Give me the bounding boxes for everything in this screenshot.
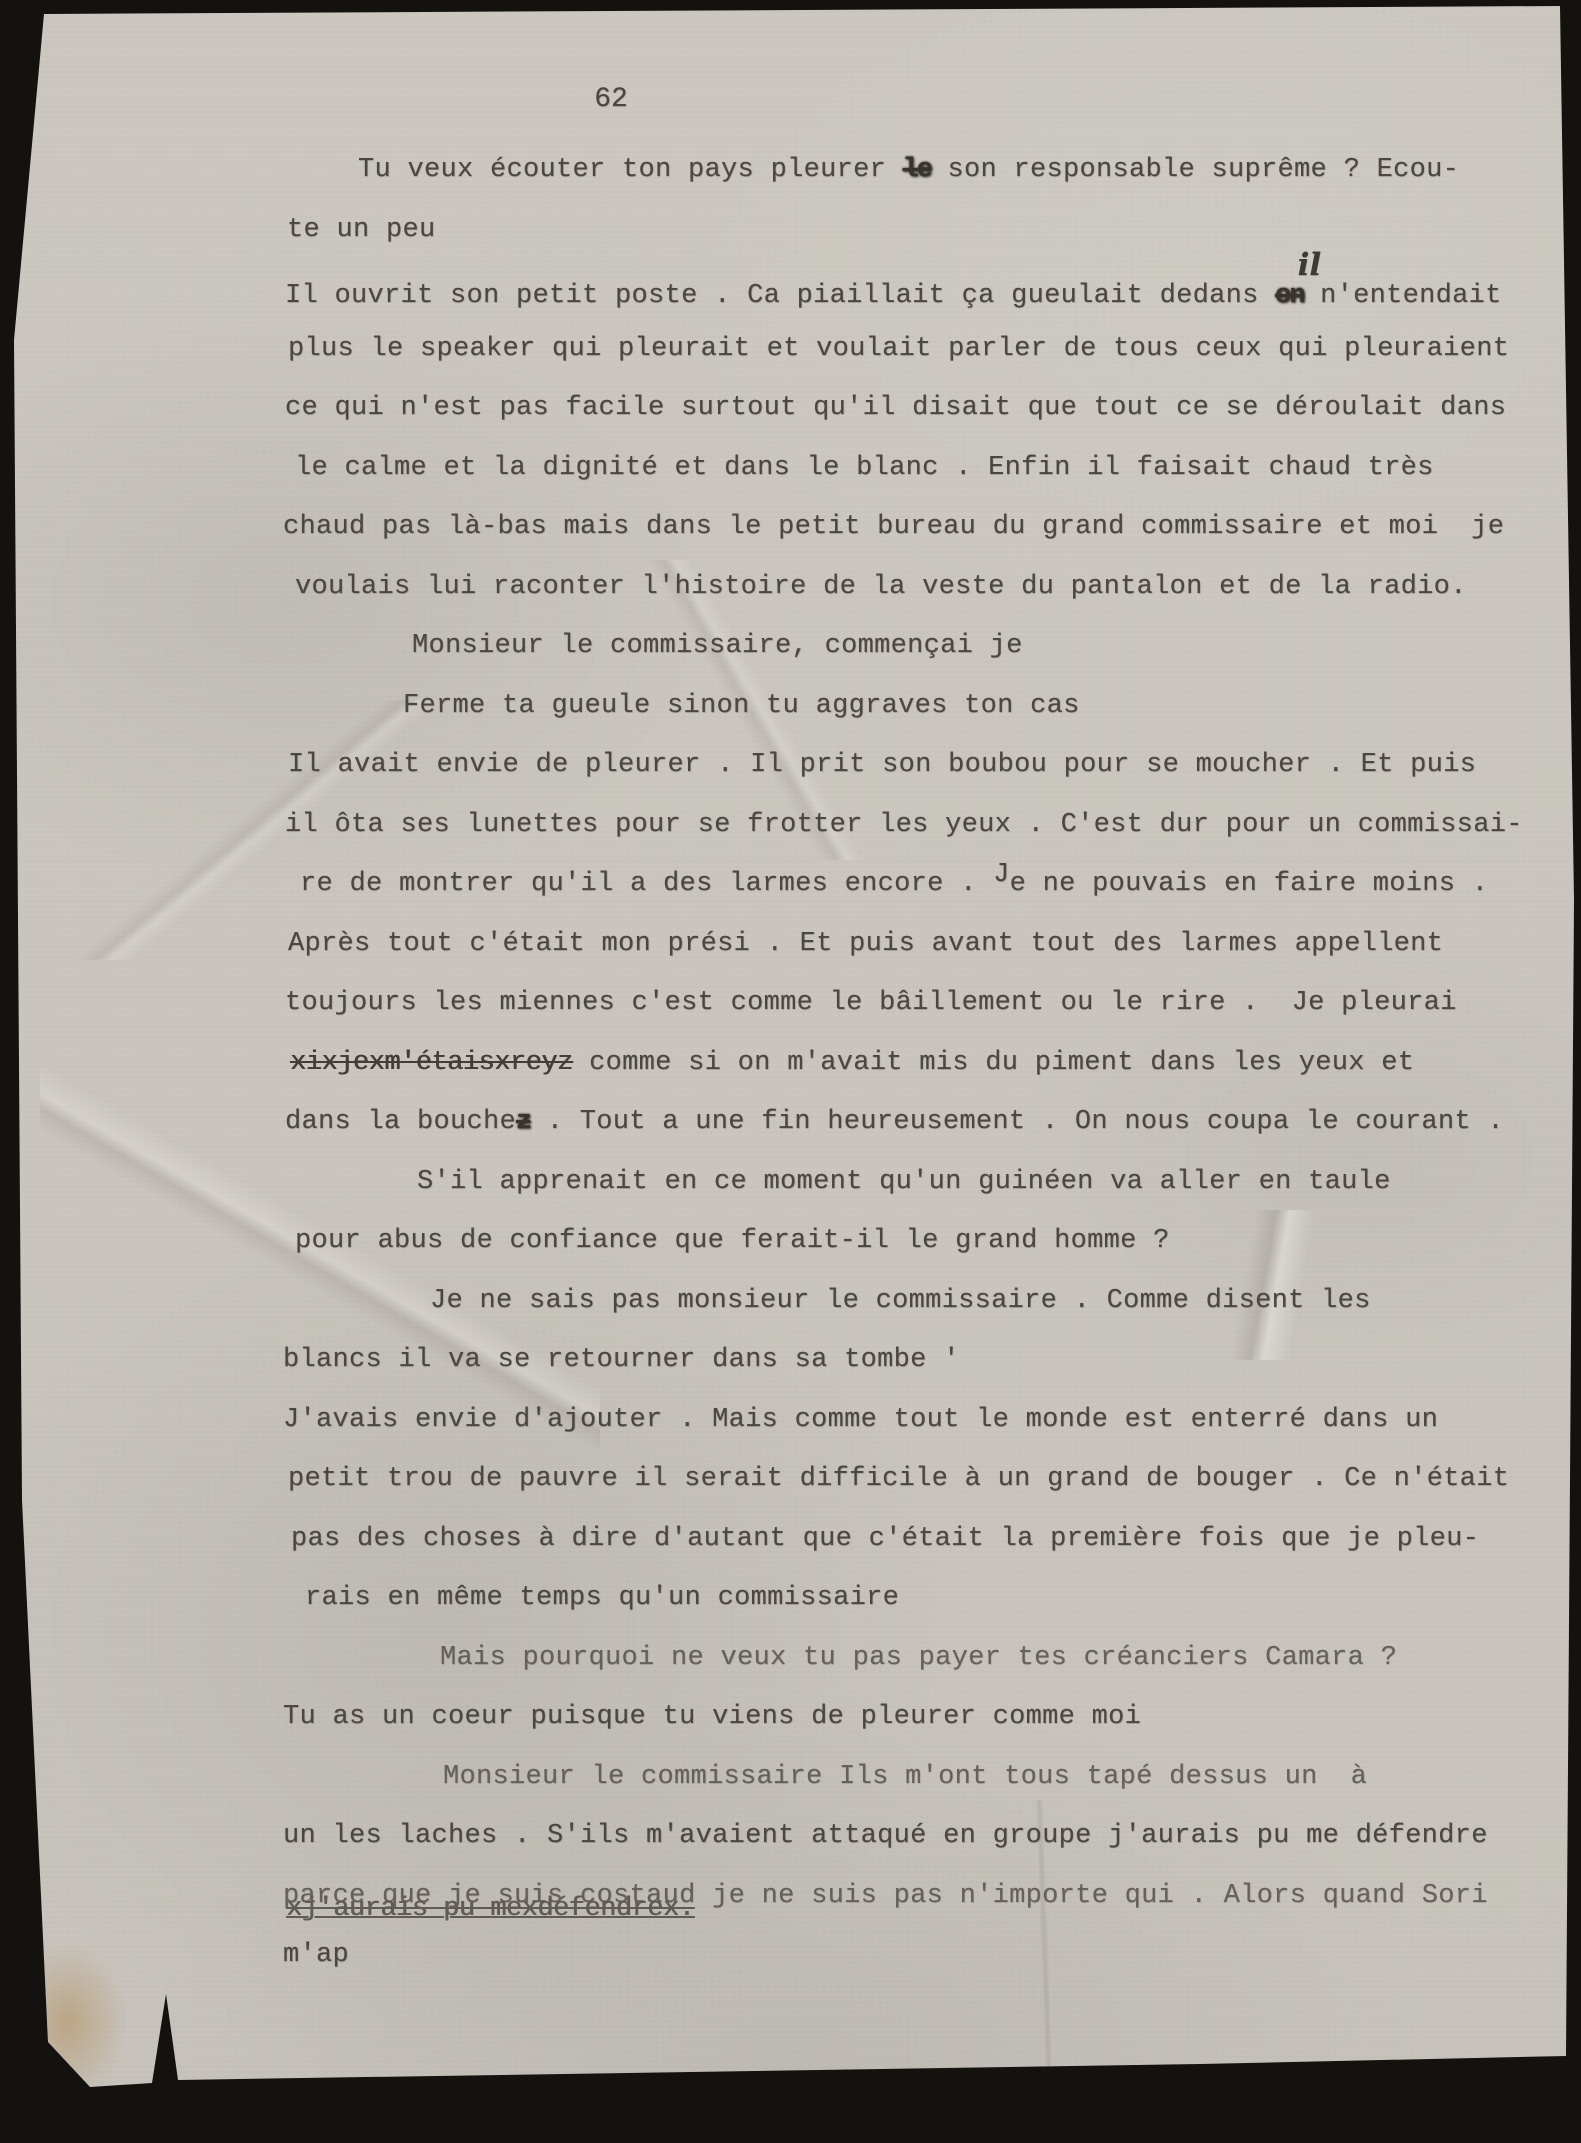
typed-line: Monsieur le commissaire, commençai je: [0, 631, 1581, 667]
typed-line: blancs il va se retourner dans sa tombe …: [0, 1345, 1581, 1381]
typed-text: rais en même temps qu'un commissaire: [305, 1583, 899, 1613]
typed-text: pour abus de confiance que ferait-il le …: [295, 1226, 1170, 1256]
struck-out-text: parce que je suis costaudxj'aurais pu me…: [283, 1881, 696, 1911]
typed-text: J'avais envie d'ajouter . Mais comme tou…: [283, 1405, 1438, 1435]
text-layer: Tu veux écouter ton pays pleurer le son …: [0, 0, 1581, 2143]
typed-text: voulais lui raconter l'histoire de la ve…: [295, 572, 1467, 602]
typed-text: Monsieur le commissaire, commençai je: [412, 631, 1023, 661]
typed-text: Je ne sais pas monsieur le commissaire .…: [430, 1286, 1371, 1316]
typed-text: te un peu: [287, 215, 436, 245]
typed-text: un les laches . S'ils m'avaient attaqué …: [283, 1821, 1488, 1851]
typed-line: toujours les miennes c'est comme le bâil…: [0, 988, 1581, 1024]
typed-text: dans la bouche: [285, 1107, 516, 1137]
typed-text: Il ouvrit son petit poste . Ca piaillait…: [285, 281, 1275, 311]
typed-line: Après tout c'était mon prési . Et puis a…: [0, 929, 1581, 965]
typed-text: il ôta ses lunettes pour se frotter les …: [285, 810, 1523, 840]
typed-text: petit trou de pauvre il serait difficile…: [288, 1464, 1509, 1494]
typed-line: Tu veux écouter ton pays pleurer le son …: [0, 155, 1581, 191]
typed-text: J: [993, 860, 1010, 890]
typed-line: S'il apprenait en ce moment qu'un guinée…: [0, 1167, 1581, 1203]
typed-line: petit trou de pauvre il serait difficile…: [0, 1464, 1581, 1500]
typed-text: Tu veux écouter ton pays pleurer: [358, 155, 903, 185]
typed-line: Il ouvrit son petit poste . Ca piaillait…: [0, 274, 1581, 310]
typed-line: te un peu: [0, 215, 1581, 251]
typed-text: toujours les miennes c'est comme le bâil…: [285, 988, 1457, 1018]
typed-text: Tu as un coeur puisque tu viens de pleur…: [283, 1702, 1141, 1732]
typed-line: re de montrer qu'il a des larmes encore …: [0, 869, 1581, 905]
typed-line: m'ap: [0, 1940, 1581, 1976]
typed-text: je ne suis pas n'importe qui . Alors qua…: [696, 1881, 1488, 1911]
typed-line: J'avais envie d'ajouter . Mais comme tou…: [0, 1405, 1581, 1441]
typed-text: Ferme ta gueule sinon tu aggraves ton ca…: [403, 691, 1080, 721]
typed-line: voulais lui raconter l'histoire de la ve…: [0, 572, 1581, 608]
typed-line: dans la bouchez . Tout a une fin heureus…: [0, 1107, 1581, 1143]
typed-line: Il avait envie de pleurer . Il prit son …: [0, 750, 1581, 786]
struck-out-text: on: [1275, 281, 1303, 311]
typed-line: Je ne sais pas monsieur le commissaire .…: [0, 1286, 1581, 1322]
typed-line: Mais pourquoi ne veux tu pas payer tes c…: [0, 1643, 1581, 1679]
typed-text: plus le speaker qui pleurait et voulait …: [288, 334, 1509, 364]
typed-line: plus le speaker qui pleurait et voulait …: [0, 334, 1581, 370]
typed-text: son responsable suprême ? Ecou-: [931, 155, 1459, 185]
typed-text: Mais pourquoi ne veux tu pas payer tes c…: [440, 1643, 1397, 1673]
struck-out-text: z: [516, 1107, 530, 1137]
typed-text: Monsieur le commissaire Ils m'ont tous t…: [443, 1762, 1367, 1792]
typed-line: rais en même temps qu'un commissaire: [0, 1583, 1581, 1619]
typed-text: le calme et la dignité et dans le blanc …: [295, 453, 1434, 483]
typed-text: e ne pouvais en faire moins .: [1010, 869, 1489, 899]
typed-text: ce qui n'est pas facile surtout qu'il di…: [285, 393, 1506, 423]
typed-text: S'il apprenait en ce moment qu'un guinée…: [417, 1167, 1391, 1197]
typed-line: Monsieur le commissaire Ils m'ont tous t…: [0, 1762, 1581, 1798]
typed-text: Il avait envie de pleurer . Il prit son …: [288, 750, 1476, 780]
struck-out-text: xixjexm'étaisxreyz: [290, 1048, 573, 1078]
struck-out-text: le: [903, 155, 931, 185]
typed-line: Ferme ta gueule sinon tu aggraves ton ca…: [0, 691, 1581, 727]
typed-line: Tu as un coeur puisque tu viens de pleur…: [0, 1702, 1581, 1738]
typed-line: le calme et la dignité et dans le blanc …: [0, 453, 1581, 489]
typed-text: blancs il va se retourner dans sa tombe …: [283, 1345, 960, 1375]
typed-text: m'ap: [283, 1940, 349, 1970]
typed-line: un les laches . S'ils m'avaient attaqué …: [0, 1821, 1581, 1857]
typed-text: comme si on m'avait mis du piment dans l…: [573, 1048, 1415, 1078]
typed-text: n'entendait: [1304, 281, 1502, 311]
typed-line: il ôta ses lunettes pour se frotter les …: [0, 810, 1581, 846]
scanned-manuscript: { "page": { "number": "62", "colors": { …: [0, 0, 1581, 2143]
typed-text: pas des choses à dire d'autant que c'éta…: [291, 1524, 1479, 1554]
typed-line: ce qui n'est pas facile surtout qu'il di…: [0, 393, 1581, 429]
typed-text: re de montrer qu'il a des larmes encore …: [300, 869, 993, 899]
typed-line: xixjexm'étaisxreyz comme si on m'avait m…: [0, 1048, 1581, 1084]
typed-line: parce que je suis costaudxj'aurais pu me…: [0, 1881, 1581, 1917]
typed-line: pas des choses à dire d'autant que c'éta…: [0, 1524, 1581, 1560]
typed-text: Après tout c'était mon prési . Et puis a…: [288, 929, 1443, 959]
typed-line: pour abus de confiance que ferait-il le …: [0, 1226, 1581, 1262]
typed-text: . Tout a une fin heureusement . On nous …: [530, 1107, 1504, 1137]
manuscript-page: 62 Tu veux écouter ton pays pleurer le s…: [0, 0, 1581, 2143]
typed-line: chaud pas là-bas mais dans le petit bure…: [0, 512, 1581, 548]
typed-text: chaud pas là-bas mais dans le petit bure…: [283, 512, 1504, 542]
